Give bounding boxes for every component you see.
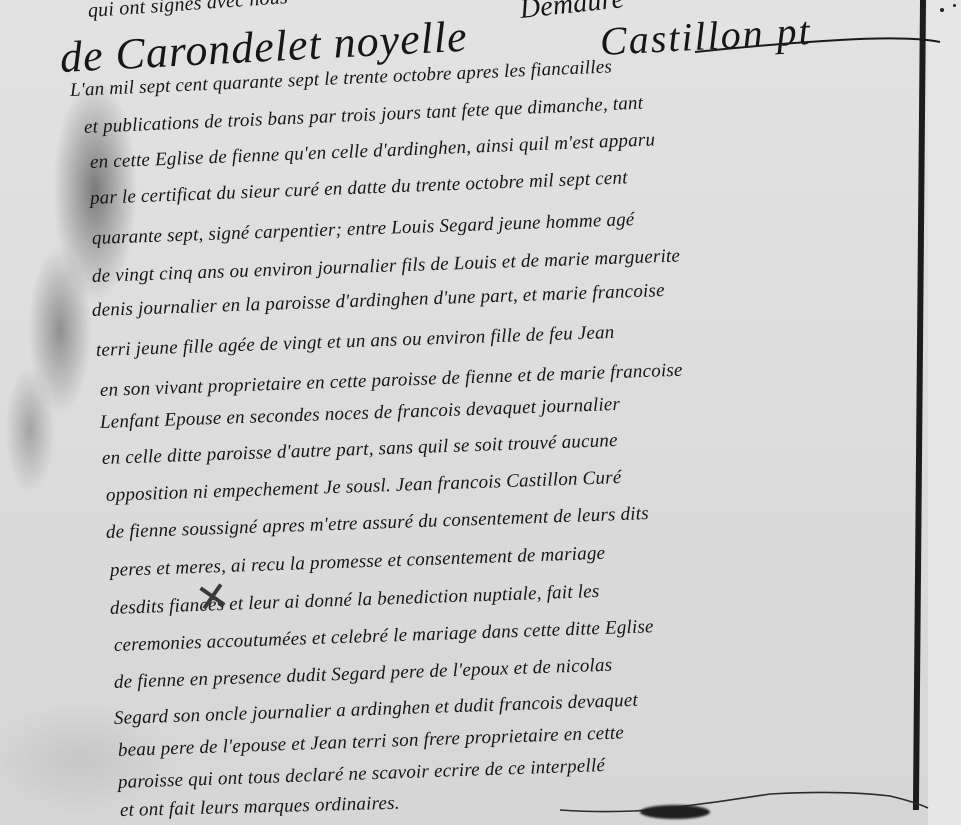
record-line: terri jeune fille agée de vingt et un an… [96, 322, 615, 362]
margin-dot [940, 8, 944, 12]
record-line: opposition ni empechement Je sousl. Jean… [106, 467, 622, 507]
record-line: denis journalier en la paroisse d'arding… [92, 280, 665, 322]
top-fragment: qui ont signes avec nous [87, 0, 288, 23]
record-line: paroisse qui ont tous declaré ne scavoir… [118, 755, 606, 794]
bottom-wave-line-icon [560, 780, 930, 820]
cross-mark-icon: ✕ [192, 572, 233, 623]
page-edge [928, 0, 961, 825]
record-line: peres et meres, ai recu la promesse et c… [110, 543, 606, 582]
register-page: qui ont signes avec nous Demaure de Caro… [0, 0, 961, 825]
margin-rule [913, 0, 926, 810]
record-line: quarante sept, signé carpentier; entre L… [92, 209, 635, 250]
record-line: Lenfant Epouse en secondes noces de fran… [100, 394, 621, 434]
record-line: de fienne en presence dudit Segard pere … [114, 655, 613, 694]
record-line: en celle ditte paroisse d'autre part, sa… [102, 430, 618, 470]
margin-dot [953, 4, 956, 7]
record-line: desdits fiancés et leur ai donné la bene… [110, 581, 600, 620]
signature-flourish-icon [690, 22, 950, 62]
record-line: et publications de trois bans par trois … [84, 93, 644, 139]
record-line: ceremonies accoutumées et celebré le mar… [114, 616, 654, 657]
ink-blot [640, 805, 710, 819]
record-line: de fienne soussigné apres m'etre assuré … [106, 503, 650, 544]
record-line: en cette Eglise de fienne qu'en celle d'… [90, 129, 656, 174]
record-line: et ont fait leurs marques ordinaires. [120, 793, 400, 822]
record-line: par le certificat du sieur curé en datte… [90, 167, 628, 210]
